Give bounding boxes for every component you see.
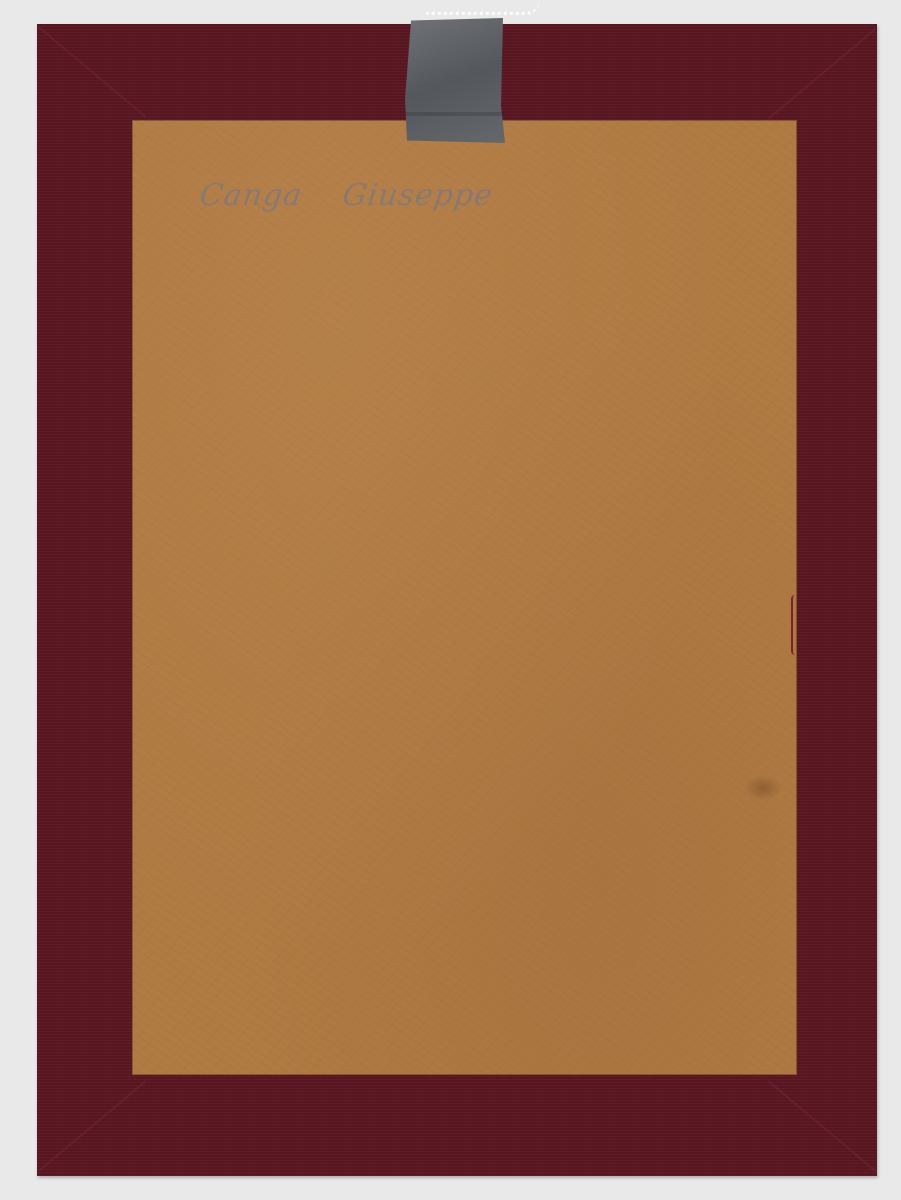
corner-fold-bottom-left [38, 1080, 147, 1172]
corner-fold-bottom-right [768, 1080, 877, 1172]
photo-scene: Canga Giuseppe [0, 0, 901, 1200]
pencil-inscription: Canga Giuseppe [198, 178, 496, 213]
corner-fold-top-right [768, 28, 877, 120]
metal-hanging-tab [405, 18, 505, 143]
cloth-tear [791, 595, 801, 655]
corner-fold-top-left [38, 26, 147, 118]
tab-fold-line [405, 112, 505, 116]
stain-mark [744, 775, 782, 801]
hanging-string [425, 0, 540, 15]
cardboard-backing: Canga Giuseppe [132, 120, 797, 1075]
